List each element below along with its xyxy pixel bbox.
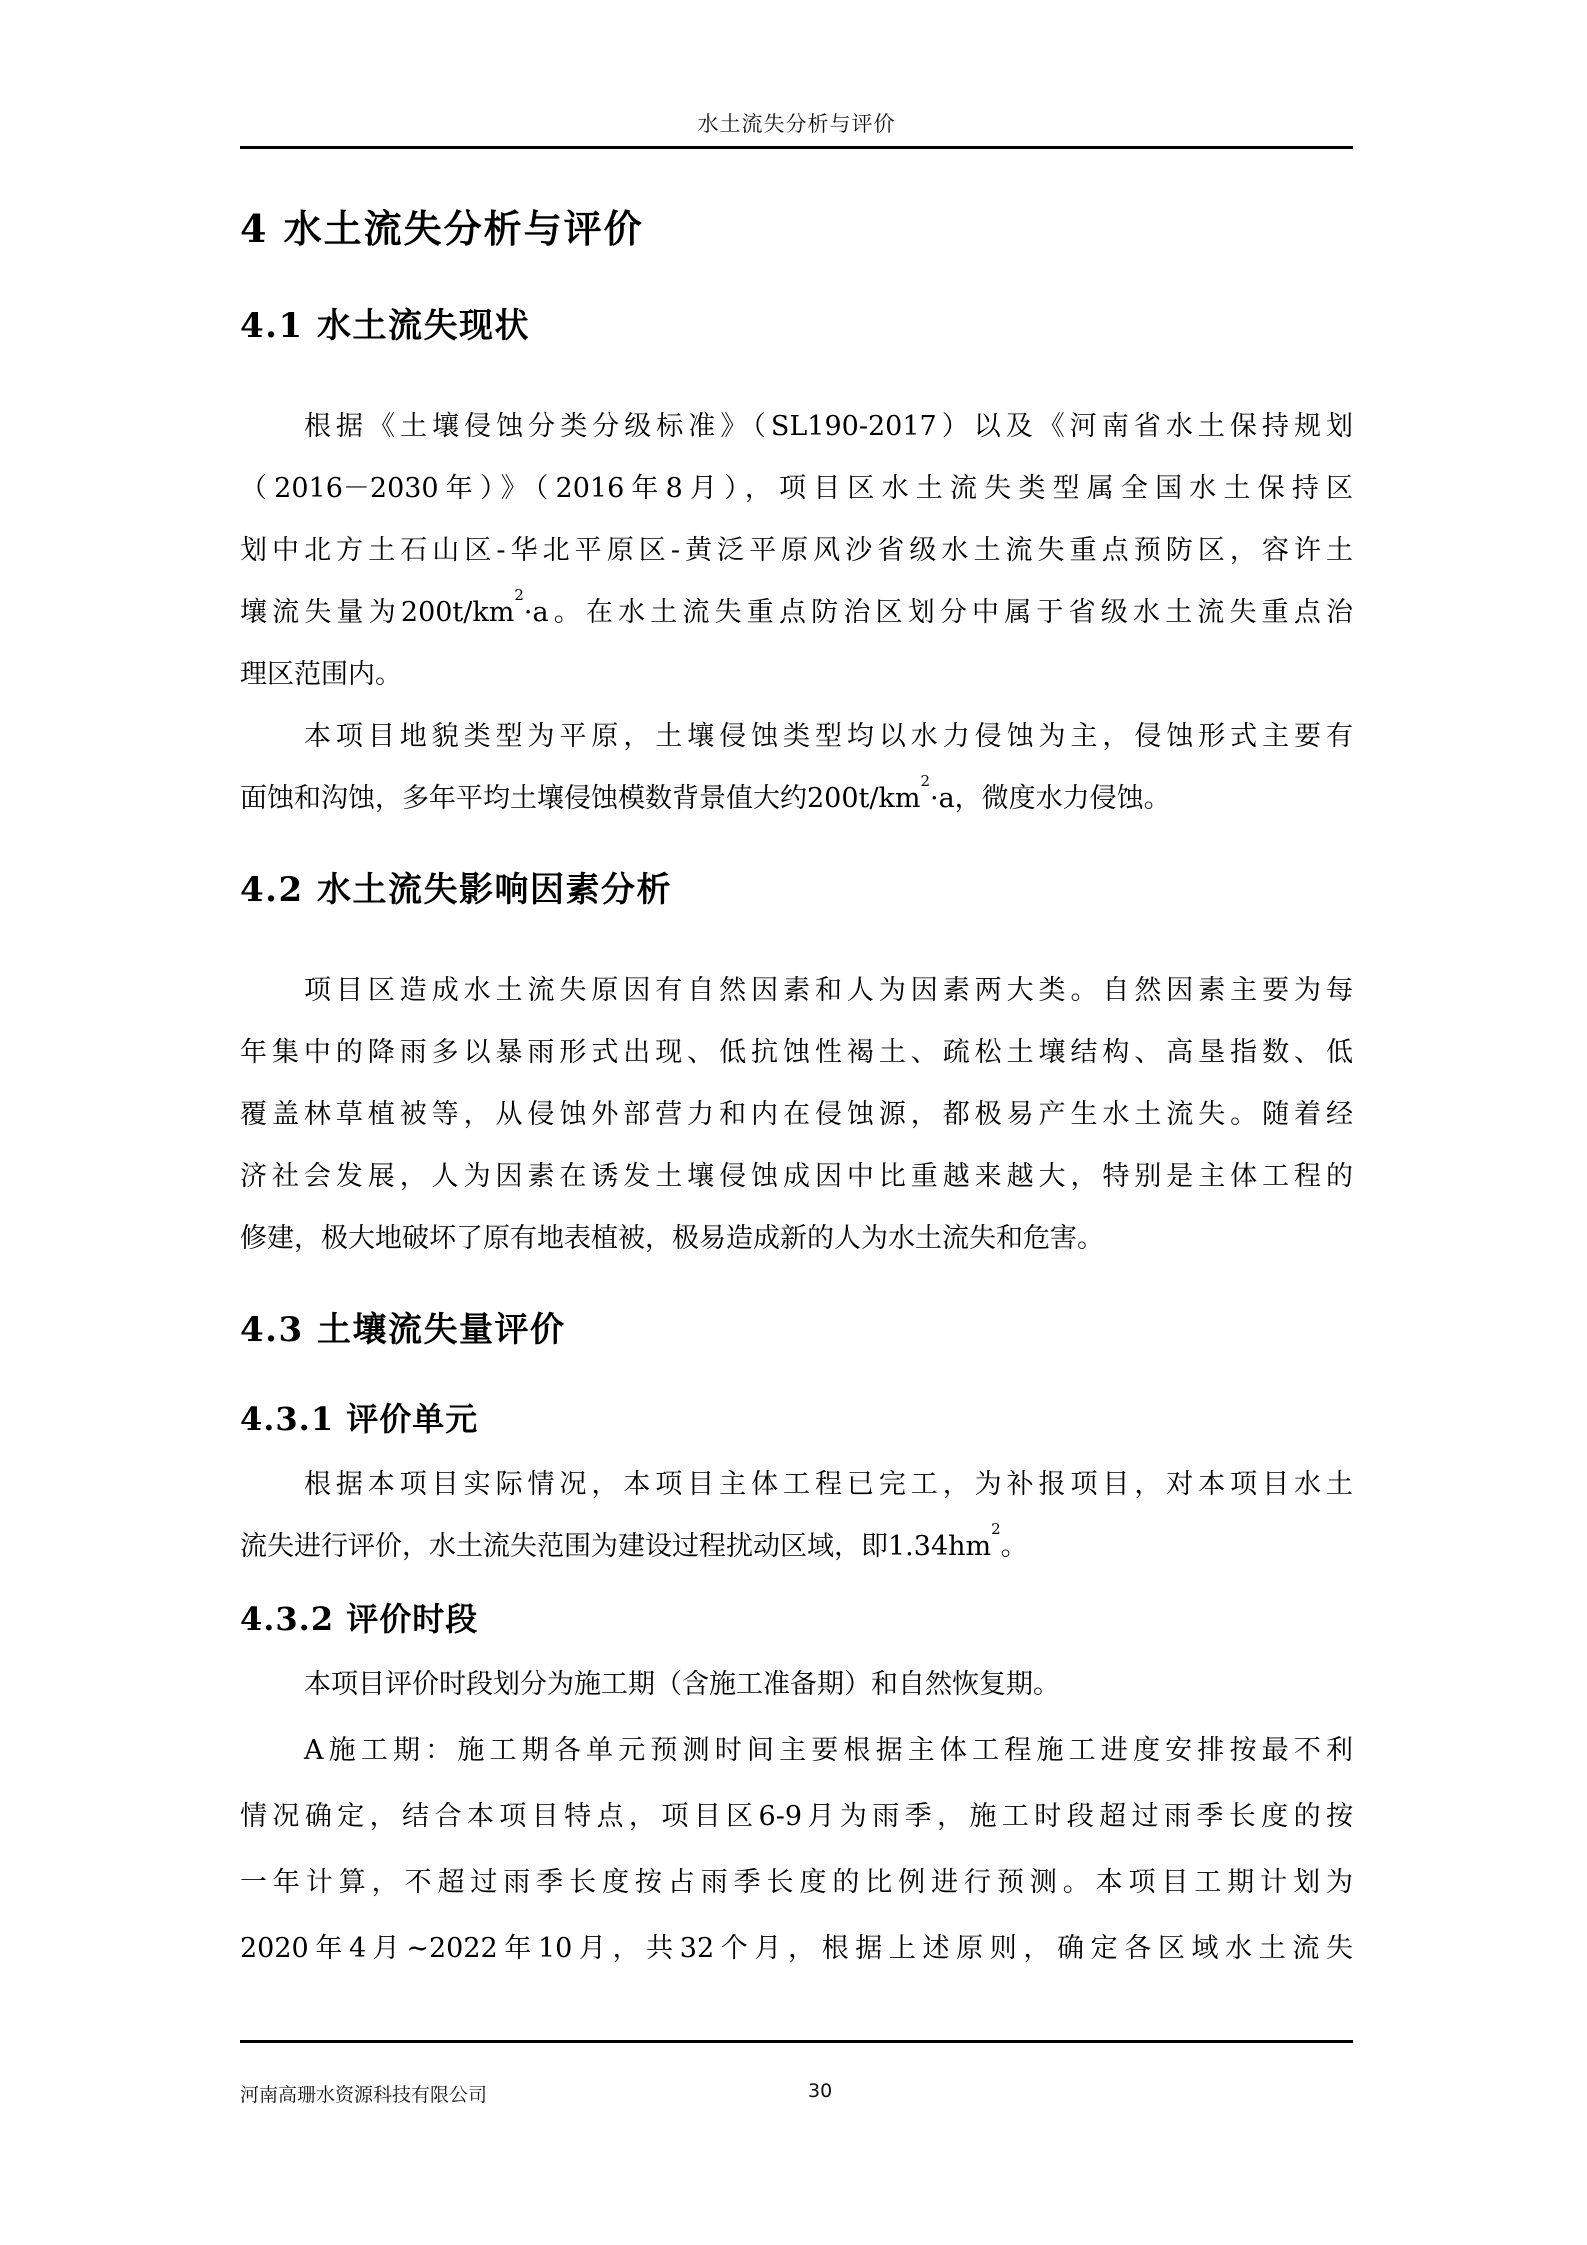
paragraph-line: 覆盖林草植被等，从侵蚀外部营力和内在侵蚀源，都极易产生水土流失。随着经 — [240, 1092, 1353, 1131]
page-number: 30 — [808, 2080, 832, 2102]
paragraph-line: 根据《土壤侵蚀分类分级标准》（SL190-2017）以及《河南省水土保持规划 — [304, 404, 1353, 443]
paragraph-line: 修建，极大地破坏了原有地表植被，极易造成新的人为水土流失和危害。 — [240, 1216, 1353, 1255]
superscript: 2 — [514, 586, 524, 604]
paragraph-line: （2016－2030年）》（2016年8月），项目区水土流失类型属全国水土保持区 — [240, 466, 1353, 505]
paragraph-line: 理区范围内。 — [240, 652, 1353, 691]
section-4-1-heading: 4.1 水土流失现状 — [240, 298, 530, 347]
text-run: ·a。在水土流失重点防治区划分中属于省级水土流失重点治 — [524, 597, 1353, 628]
paragraph-line: A施工期：施工期各单元预测时间主要根据主体工程施工进度安排按最不利 — [304, 1728, 1353, 1767]
paragraph-line: 济社会发展，人为因素在诱发土壤侵蚀成因中比重越来越大，特别是主体工程的 — [240, 1154, 1353, 1193]
paragraph-line: 一年计算，不超过雨季长度按占雨季长度的比例进行预测。本项目工期计划为 — [240, 1860, 1353, 1899]
running-header: 水土流失分析与评价 — [240, 108, 1353, 138]
superscript: 2 — [920, 772, 930, 790]
paragraph-line: 划中北方土石山区-华北平原区-黄泛平原风沙省级水土流失重点预防区，容许土 — [240, 528, 1353, 567]
text-run: 面蚀和沟蚀，多年平均土壤侵蚀模数背景值大约200t/km — [240, 783, 920, 814]
text-run: 壤流失量为200t/km — [240, 597, 514, 628]
text-run: 流失进行评价，水土流失范围为建设过程扰动区域，即1.34hm — [240, 1531, 991, 1562]
paragraph-line: 壤流失量为200t/km2·a。在水土流失重点防治区划分中属于省级水土流失重点治 — [240, 590, 1353, 629]
section-4-3-heading: 4.3 土壤流失量评价 — [240, 1302, 566, 1351]
paragraph-line: 项目区造成水土流失原因有自然因素和人为因素两大类。自然因素主要为每 — [304, 968, 1353, 1007]
chapter-heading: 4 水土流失分析与评价 — [240, 198, 644, 253]
section-4-3-2-heading: 4.3.2 评价时段 — [240, 1594, 478, 1640]
paragraph-line: 年集中的降雨多以暴雨形式出现、低抗蚀性褐土、疏松土壤结构、高垦指数、低 — [240, 1030, 1353, 1069]
paragraph-line: 2020年4月~2022年10月，共32个月，根据上述原则，确定各区域水土流失 — [240, 1926, 1353, 1965]
document-page: 水土流失分析与评价 4 水土流失分析与评价 4.1 水土流失现状 根据《土壤侵蚀… — [240, 0, 1353, 2245]
footer-company: 河南高珊水资源科技有限公司 — [240, 2080, 487, 2107]
paragraph-line: 情况确定，结合本项目特点，项目区6-9月为雨季，施工时段超过雨季长度的按 — [240, 1794, 1353, 1833]
paragraph-line: 根据本项目实际情况，本项目主体工程已完工，为补报项目，对本项目水土 — [304, 1462, 1353, 1501]
header-rule — [240, 146, 1353, 149]
paragraph-line: 本项目评价时段划分为施工期（含施工准备期）和自然恢复期。 — [304, 1662, 1353, 1701]
paragraph-line: 本项目地貌类型为平原，土壤侵蚀类型均以水力侵蚀为主，侵蚀形式主要有 — [304, 714, 1353, 753]
section-4-2-heading: 4.2 水土流失影响因素分析 — [240, 862, 672, 911]
footer-rule — [240, 2040, 1353, 2043]
text-run: ·a，微度水力侵蚀。 — [930, 783, 1171, 814]
paragraph-line: 流失进行评价，水土流失范围为建设过程扰动区域，即1.34hm2。 — [240, 1524, 1353, 1563]
paragraph-line: 面蚀和沟蚀，多年平均土壤侵蚀模数背景值大约200t/km2·a，微度水力侵蚀。 — [240, 776, 1353, 815]
superscript: 2 — [991, 1520, 1001, 1538]
section-4-3-1-heading: 4.3.1 评价单元 — [240, 1394, 478, 1440]
text-run: 。 — [1001, 1531, 1028, 1562]
